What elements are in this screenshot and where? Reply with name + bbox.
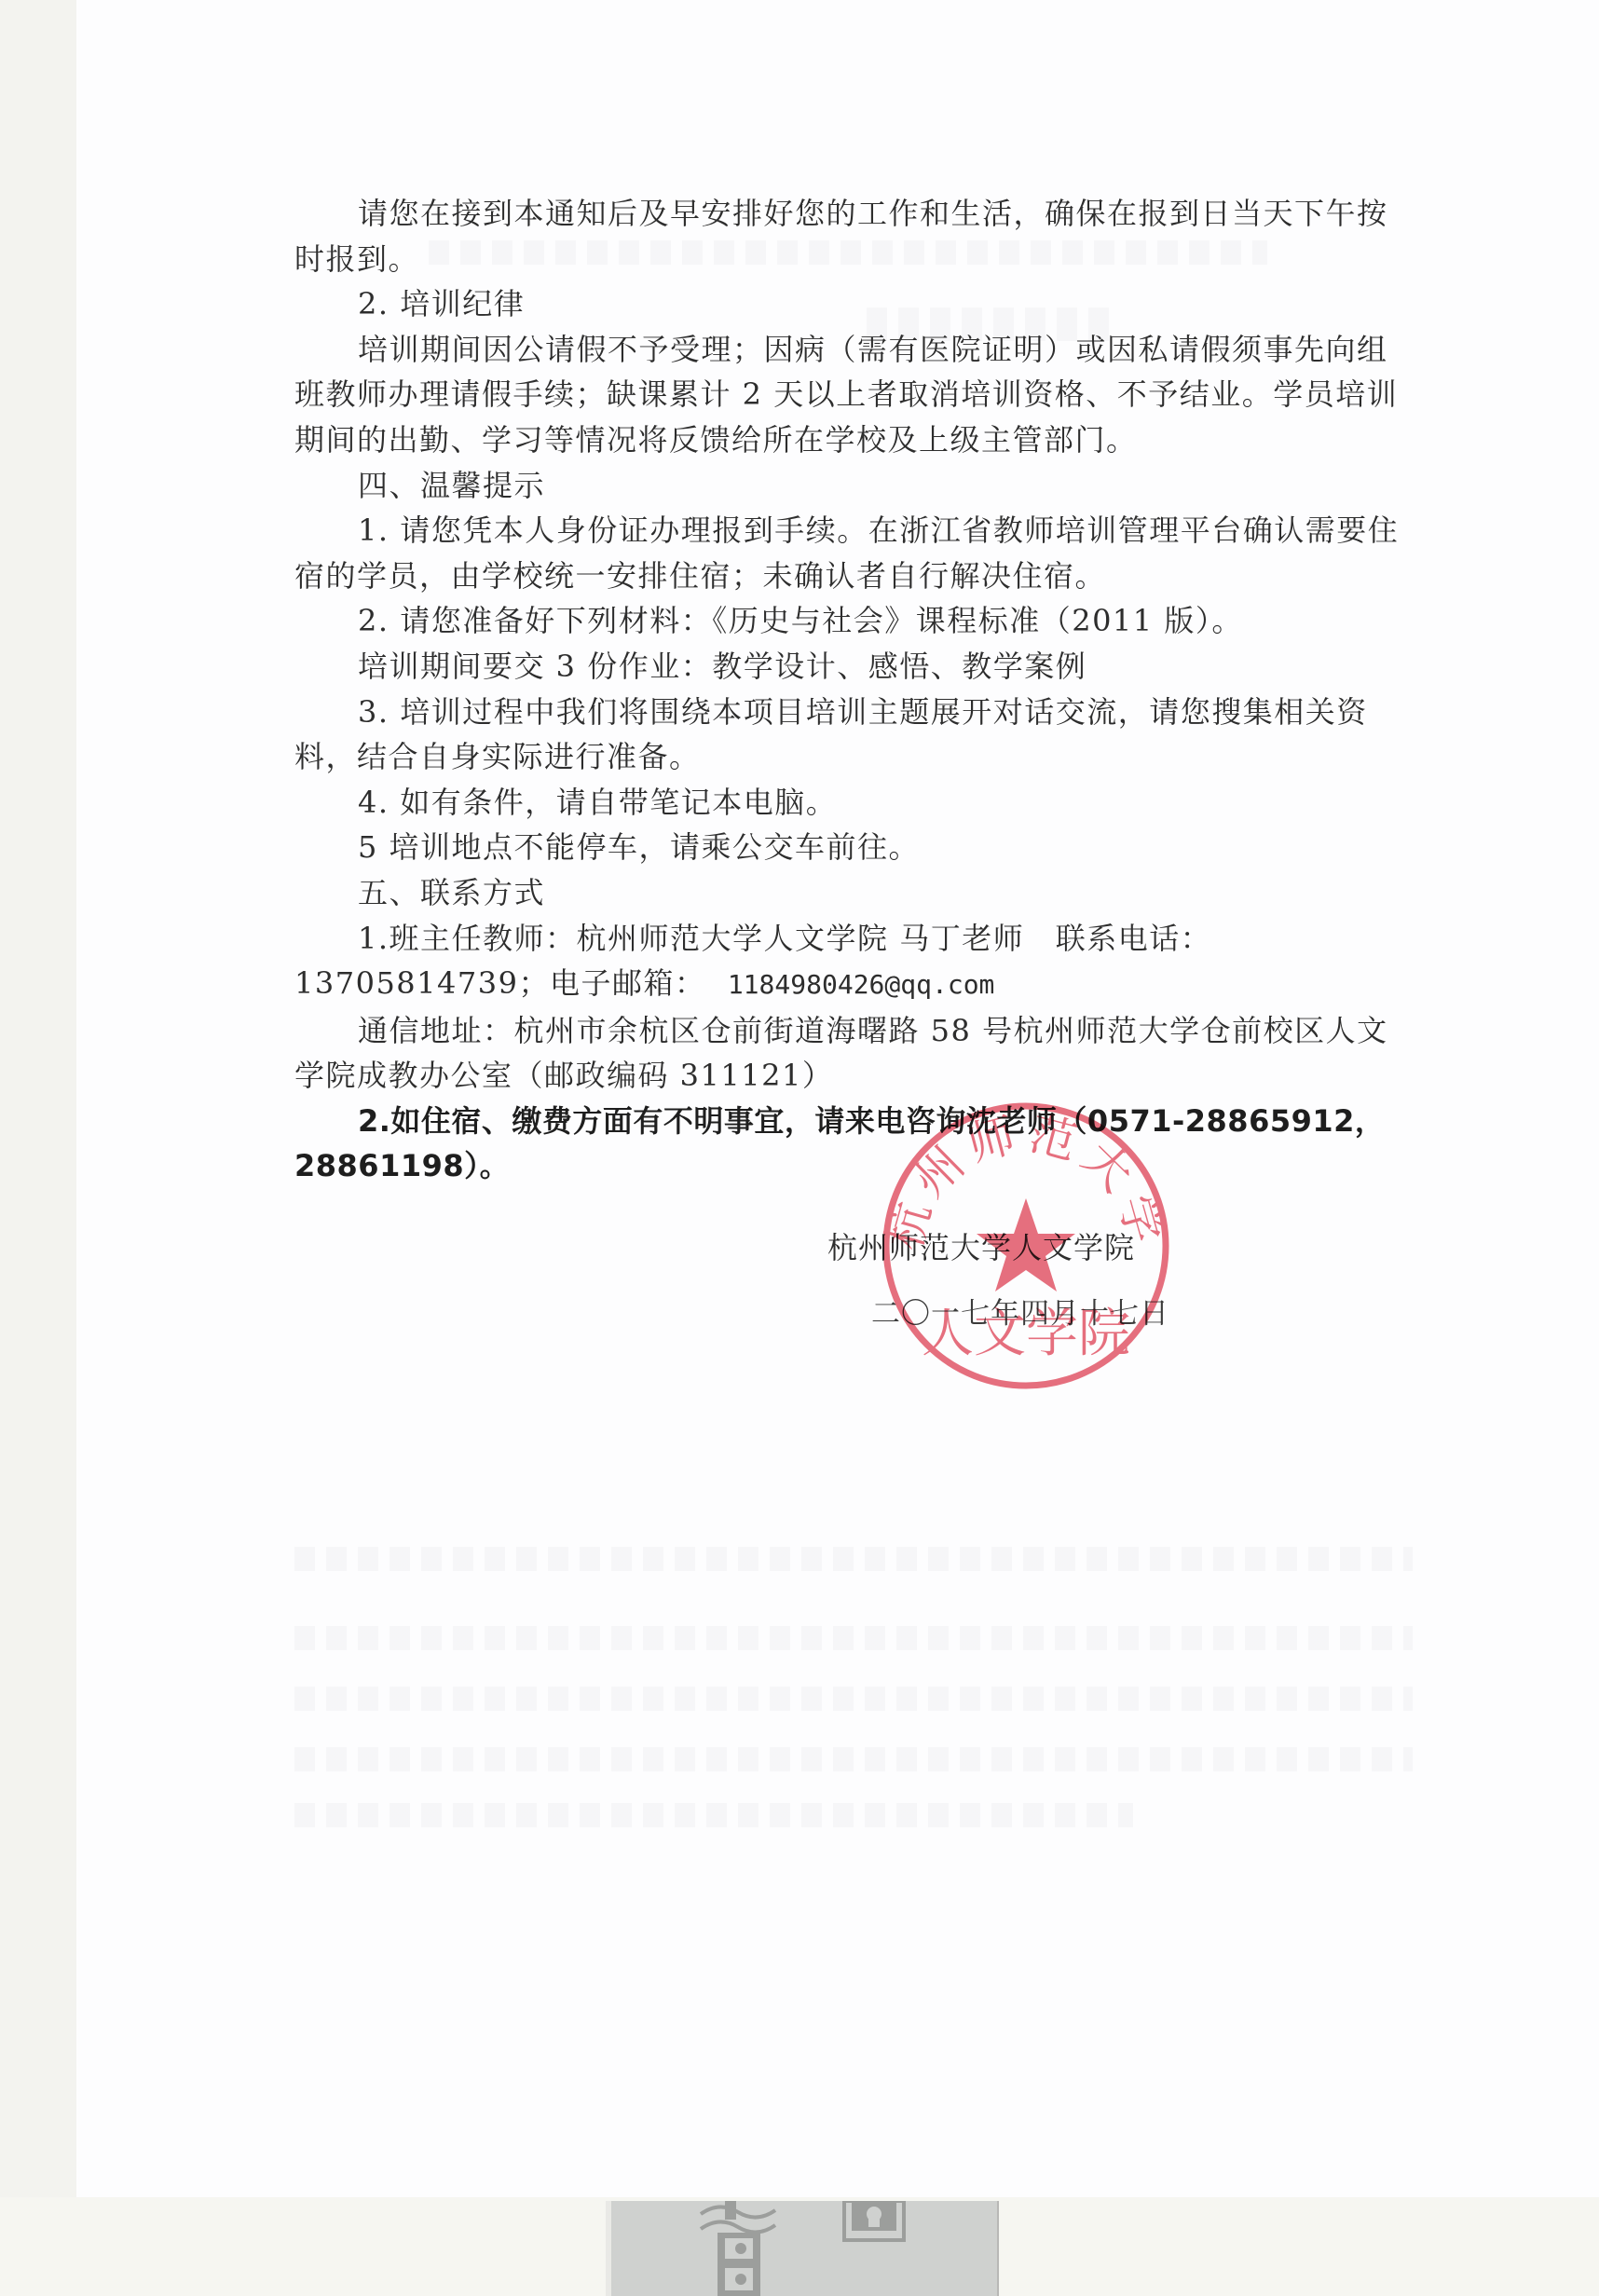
email-label: 电子邮箱： <box>550 965 706 1001</box>
bleed-through <box>294 1687 1413 1711</box>
contact-address: 通信地址：杭州市余杭区仓前街道海曙路 58 号杭州师范大学仓前校区人文学院成教办… <box>294 1008 1403 1099</box>
film-reel-icon <box>697 2201 781 2296</box>
paragraph-materials: 2. 请您准备好下列材料：《历史与社会》课程标准（2011 版）。 <box>294 598 1403 644</box>
email-address: 1184980426@qq.com <box>728 969 995 1000</box>
signature-institution: 杭州师范大学人文学院 <box>827 1224 1135 1267</box>
paragraph-leave-policy: 培训期间因公请假不予受理；因病（需有医院证明）或因私请假须事先向组班教师办理请假… <box>294 327 1403 463</box>
signature-date: 二〇一七年四月十七日 <box>871 1290 1169 1332</box>
paragraph-laptop: 4. 如有条件，请自带笔记本电脑。 <box>294 780 1403 826</box>
bleed-through <box>294 1626 1413 1650</box>
heading-reminders: 四、温馨提示 <box>294 463 1403 509</box>
notice-body: 请您在接到本通知后及早安排好您的工作和生活，确保在报到日当天下午按时报到。 2.… <box>294 191 1403 1189</box>
heading-contact: 五、联系方式 <box>294 870 1403 916</box>
paragraph-dialogue: 3. 培训过程中我们将围绕本项目培训主题展开对话交流，请您搜集相关资料，结合自身… <box>294 690 1403 780</box>
scanner-footer-panel <box>606 2201 999 2296</box>
bleed-through <box>294 1747 1413 1771</box>
contact-teacher: 1.班主任教师：杭州师范大学人文学院 马丁老师 联系电话：13705814739… <box>294 916 1403 1008</box>
picture-frame-icon <box>842 2201 908 2242</box>
paragraph-id-registration: 1. 请您凭本人身份证办理报到手续。在浙江省教师培训管理平台确认需要住宿的学员，… <box>294 508 1403 598</box>
heading-training-discipline: 2. 培训纪律 <box>294 281 1403 327</box>
paragraph-parking: 5 培训地点不能停车，请乘公交车前往。 <box>294 825 1403 870</box>
contact-accommodation: 2.如住宿、缴费方面有不明事宜，请来电咨询沈老师（0571-28865912，2… <box>294 1099 1403 1189</box>
bleed-through <box>294 1547 1413 1571</box>
paragraph-report-on-time: 请您在接到本通知后及早安排好您的工作和生活，确保在报到日当天下午按时报到。 <box>294 191 1403 281</box>
bleed-through <box>294 1803 1133 1827</box>
paragraph-assignments: 培训期间要交 3 份作业：教学设计、感悟、教学案例 <box>294 644 1403 690</box>
